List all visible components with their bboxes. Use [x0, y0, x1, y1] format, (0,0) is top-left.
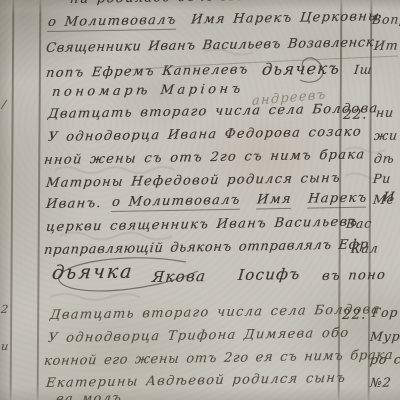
right-column-fragment: Вас: [345, 216, 373, 231]
word-dyachka: дьячка: [51, 261, 135, 284]
text-line-molitvoval: о Молитвовалъ Имя Нарекъ Церковны: [47, 9, 380, 30]
text-line-bottom-cropped: ва молъ: [55, 391, 123, 400]
word-child-name: Иванъ.: [45, 196, 102, 212]
word-imya-narek: Имя Нарекъ Церковны: [190, 9, 380, 27]
text-line-top-cropped: ни родилась дочь Ма: [69, 0, 246, 7]
left-margin-mark: 2: [0, 303, 10, 316]
right-column-fragment: Гор: [371, 305, 399, 320]
manuscript-photo: ни родилась дочь Ма о Молитвовалъ Имя На…: [0, 0, 400, 400]
right-column-fragment: Ит: [373, 38, 399, 53]
text-line-mother-1: Матроны Нефедовой родился сынъ: [45, 171, 341, 191]
text-line-priest: Священники Иванъ Васильевъ Возавленск: [45, 35, 375, 56]
right-column-fragment: Ри: [372, 171, 392, 186]
right-column-fragment: Мур: [369, 328, 400, 344]
right-column-fragment: Кал: [350, 241, 379, 257]
right-column-fragment: №2: [369, 375, 392, 390]
word-molitvoval-1: о Молитвовалъ: [111, 193, 241, 212]
word-dyachek: дьячекъ: [261, 59, 341, 79]
text-line-date-2: Дватцать втораго числа села Болдова: [49, 302, 381, 323]
left-margin-mark: и: [0, 340, 10, 353]
handwriting-layer: ни родилась дочь Ма о Молитвовалъ Имя На…: [0, 0, 400, 400]
right-column-fragment: дѣ: [373, 151, 395, 166]
word-narek-1: Нарекъ: [307, 191, 368, 209]
right-column-fragment: Іш: [353, 62, 373, 77]
right-column-fragment: жи: [373, 128, 398, 143]
word-molitvoval: о Молитвовалъ: [47, 13, 177, 32]
text-line-wife-1: нной жены съ отъ 2го съ нимъ брака: [43, 147, 366, 168]
text-line-church-1: церкви священникъ Иванъ Васильевъ: [45, 215, 359, 235]
right-column-fragment: Ме: [372, 192, 395, 207]
right-column-fragment: ро с: [369, 351, 400, 367]
text-line-mother-2: Екатерины Авдѣевой родился сынъ: [45, 371, 347, 391]
text-line-wife-2: конной его жены отъ 2го ея съ нимъ брака: [43, 348, 394, 369]
text-line-ponomar: пономарѣ Маріонъ: [51, 82, 244, 100]
text-line-molitvoval-1: о Молитвовалъ Имя Нарекъ И: [111, 190, 396, 210]
text-line-ispravl-1: праправляющій дьяконъ отправлялъ Ефр: [43, 237, 369, 258]
word-yakova: Якова: [151, 267, 207, 286]
day-number-2: 22.: [342, 307, 367, 323]
text-line-date-1: Дватцать втораго числа села Болдова: [47, 101, 379, 122]
word-vpono: въ поно: [321, 268, 387, 284]
left-margin-mark: /: [1, 98, 7, 111]
text-line-odnodvorets-1: У однодворца Ивана Федорова созако: [47, 125, 362, 146]
right-column-fragment: ни: [375, 105, 394, 120]
day-number-1: 22.: [343, 107, 368, 123]
word-iosif: Іосифъ: [237, 265, 301, 284]
right-column-fragment: Вопр: [371, 11, 400, 27]
text-line-odnodvorets-2: У однодворца Трифона Димяева обо: [47, 326, 350, 346]
text-line-pop: попъ Ефремъ Капнелевъ: [45, 62, 249, 81]
word-imya-1: Имя: [256, 192, 292, 210]
